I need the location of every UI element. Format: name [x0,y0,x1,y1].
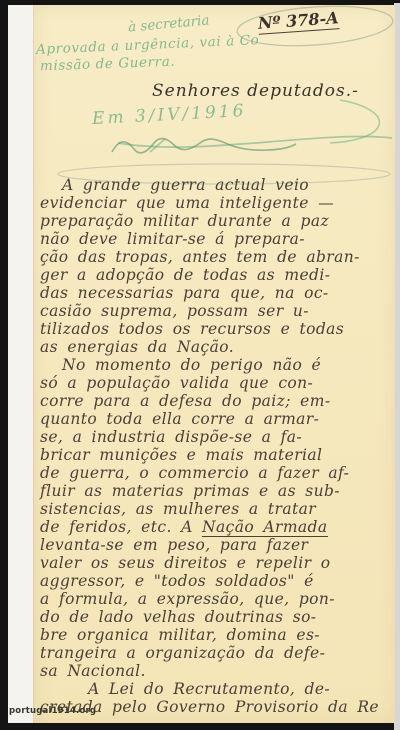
manuscript-line: do de lado velhas doutrinas so- [40,608,392,626]
manuscript-line: No momento do perigo não é [40,356,392,374]
manuscript-line: casião suprema, possam ser u- [40,302,392,320]
manuscript-line: ger a adopção de todas as medi- [40,266,392,284]
manuscript-line: A Lei do Recrutamento, de- [40,680,392,698]
manuscript-line: preparação militar durante a paz [40,212,392,230]
scan-frame: à secretaria Nº 378-A Aprovada a urgênci… [0,0,400,730]
manuscript-line: A grande guerra actual veio [40,176,392,194]
manuscript-line: levanta-se em peso, para fazer [40,536,392,554]
manuscript-line: de guerra, o commercio a fazer af- [40,464,392,482]
manuscript-line: ção das tropas, antes tem de abran- [40,248,392,266]
manuscript-line: fluir as materias primas e as sub- [40,482,392,500]
watermark-label: portugal1914.org [9,706,96,716]
underlined-phrase-nacao-armada: Nação Armada [202,518,328,537]
manuscript-line: quanto toda ella corre a armar- [40,410,392,428]
manuscript-line: se, a industria dispõe-se a fa- [40,428,392,446]
manuscript-line: só a população valida que con- [40,374,392,392]
manuscript-line: evidenciar que uma inteligente — [40,194,392,212]
manuscript-line: aggressor, e "todos soldados" é [40,572,392,590]
manuscript-line: bre organica militar, domina es- [40,626,392,644]
manuscript-line: a formula, a expressão, que, pon- [40,590,392,608]
manuscript-line: trangeira a organização da defe- [40,644,392,662]
manuscript-line: não deve limitar-se á prepara- [40,230,392,248]
manuscript-line: corre para a defesa do paiz; em- [40,392,392,410]
manuscript-line: das necessarias para que, na oc- [40,284,392,302]
manuscript-line: sistencias, as mulheres a tratar [40,500,392,518]
manuscript-line: bricar munições e mais material [40,446,392,464]
manuscript-line: as energias da Nação. [40,338,392,356]
manuscript-line: de feridos, etc. A Nação Armada [40,518,392,536]
line-20-prefix: de feridos, etc. A [40,518,202,536]
manuscript-line: tilizados todos os recursos e todas [40,320,392,338]
manuscript-line: valer os seus direitos e repelir o [40,554,392,572]
salutation: Senhores deputados.- [152,81,359,101]
manuscript-line: sa Nacional. [40,662,392,680]
manuscript-body: A grande guerra actual veio evidenciar q… [40,176,392,716]
left-margin-strip [8,5,33,723]
